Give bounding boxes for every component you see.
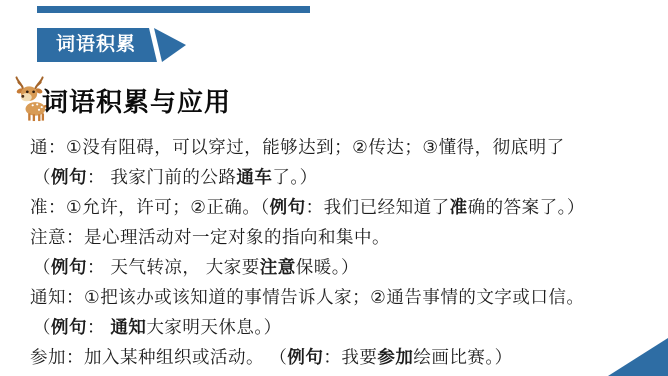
emphasized-text: 例句 [270,197,306,217]
text-segment: ： 我家门前的公路 [87,167,236,187]
text-segment: 准：①允许，许可；②正确。（ [30,197,270,217]
banner-label: 词语积累 [37,28,155,62]
text-segment: 绘画比赛。） [413,347,512,367]
text-segment: 参加：加入某种组织或活动。 （ [30,347,287,367]
top-accent-bar [37,6,310,13]
text-segment: 通知：①把该办或该知道的事情告诉人家；②通告事情的文字或口信。 [30,287,584,307]
emphasized-text: 准 [450,197,468,217]
page-title: 词语积累与应用 [42,82,231,119]
text-segment: ：我们已经知道了 [306,197,450,217]
text-line: 注意：是心理活动对一定对象的指向和集中。 [30,222,655,252]
text-line: （例句： 我家门前的公路通车了。） [30,162,655,192]
emphasized-text: 通知 [110,317,146,337]
section-banner: 词语积累 [37,28,187,62]
text-segment: （ [33,167,51,187]
text-line: 参加：加入某种组织或活动。 （例句：我要参加绘画比赛。） [30,342,655,372]
text-segment: ： 天气转凉， 大家要 [87,257,260,277]
emphasized-text: 通车 [236,167,272,187]
emphasized-text: 例句 [51,167,87,187]
emphasized-text: 例句 [51,317,87,337]
text-line: 通：①没有阻碍，可以穿过，能够达到；②传达；③懂得，彻底明了 [30,132,655,162]
text-segment: 保暖。） [296,257,359,277]
text-line: 准：①允许，许可；②正确。（例句：我们已经知道了准确的答案了。） [30,192,655,222]
text-segment: 大家明天休息。） [146,317,281,337]
emphasized-text: 参加 [377,347,413,367]
text-segment: （ [33,257,51,277]
presentation-slide: 词语积累 词语积累与应用 通：①没有阻碍，可以穿过，能够达到；②传达；③懂得，彻… [0,0,668,376]
text-segment: 确的答案了。） [468,197,585,217]
text-segment: ： [87,317,110,337]
text-segment: （ [33,317,51,337]
text-segment: 注意：是心理活动对一定对象的指向和集中。 [30,227,390,247]
emphasized-text: 例句 [287,347,323,367]
emphasized-text: 例句 [51,257,87,277]
definition-list: 通：①没有阻碍，可以穿过，能够达到；②传达；③懂得，彻底明了（例句： 我家门前的… [30,132,655,372]
text-segment: 了。） [272,167,317,187]
text-segment: 通：①没有阻碍，可以穿过，能够达到；②传达；③懂得，彻底明了 [30,137,565,157]
text-line: （例句： 天气转凉， 大家要注意保暖。） [30,252,655,282]
text-segment: ：我要 [323,347,377,367]
text-line: （例句： 通知大家明天休息。） [30,312,655,342]
text-line: 通知：①把该办或该知道的事情告诉人家；②通告事情的文字或口信。 [30,282,655,312]
emphasized-text: 注意 [260,257,296,277]
